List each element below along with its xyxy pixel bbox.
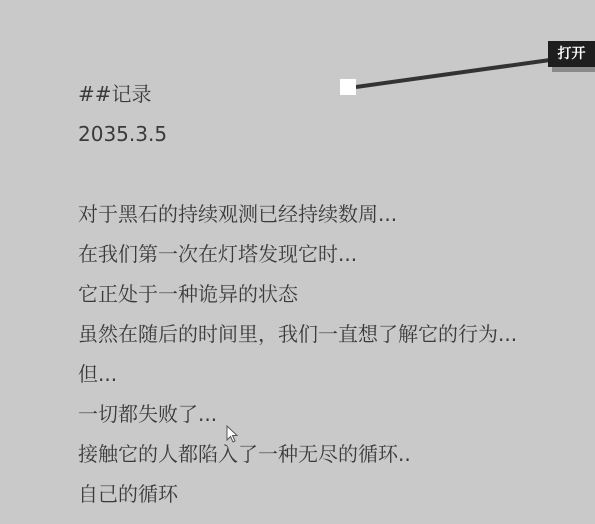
note-spacer bbox=[78, 154, 517, 194]
note-line: 自己的循环 bbox=[78, 474, 517, 514]
note-line: 虽然在随后的时间里，我们一直想了解它的行为... bbox=[78, 314, 517, 354]
note-heading: ##记录 bbox=[78, 74, 517, 114]
note-line: 它正处于一种诡异的状态 bbox=[78, 274, 517, 314]
note-line: 接触它的人都陷入了一种无尽的循环.. bbox=[78, 434, 517, 474]
log-note: ##记录 2035.3.5 对于黑石的持续观测已经持续数周... 在我们第一次在… bbox=[78, 74, 517, 514]
note-line: 但... bbox=[78, 354, 517, 394]
note-line: 一切都失败了... bbox=[78, 394, 517, 434]
note-line: 对于黑石的持续观测已经持续数周... bbox=[78, 194, 517, 234]
open-button[interactable]: 打开 bbox=[548, 41, 595, 67]
note-line: 在我们第一次在灯塔发现它时... bbox=[78, 234, 517, 274]
note-date: 2035.3.5 bbox=[78, 114, 517, 154]
